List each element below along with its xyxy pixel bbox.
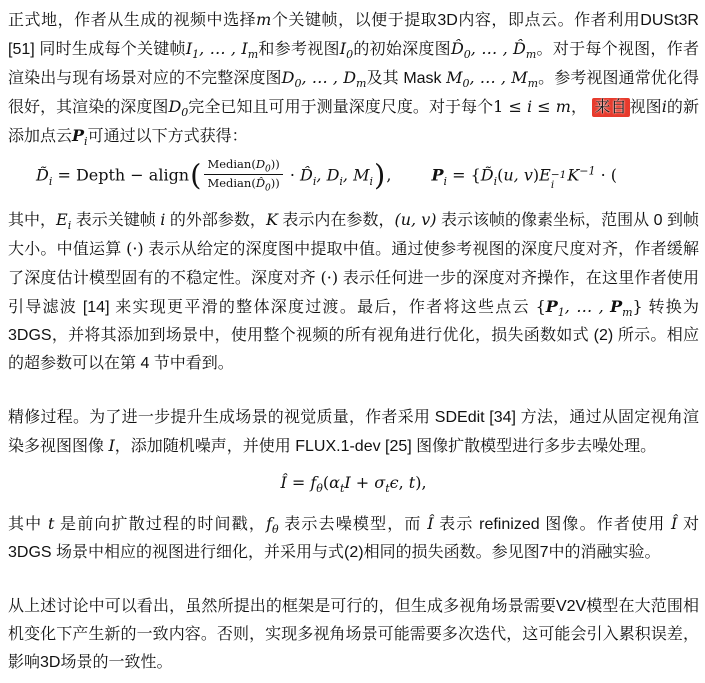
big-paren: ) — [374, 159, 385, 192]
math-script-letter: P — [431, 166, 443, 185]
paragraph: 其中，Ei 表示关键帧 i 的外部参数，K 表示内在参数，(u, v) 表示该帧… — [8, 206, 699, 378]
math-subscript: m — [528, 77, 538, 90]
math-italic: (u, v) — [394, 210, 436, 229]
math-italic: , D — [316, 166, 339, 185]
math-subscript: m — [356, 77, 366, 90]
text-run: 正式地，作者从生成的视频中选择 — [8, 12, 256, 29]
math-roman: ), — [415, 473, 426, 492]
math-roman: · ( — [595, 166, 617, 185]
math-roman: (·) — [126, 239, 144, 258]
math-roman: Median( — [207, 159, 255, 171]
text-run: 表示去噪模型，而 — [279, 516, 428, 533]
math-italic: E — [56, 210, 68, 229]
text-run: 的外部参数， — [165, 212, 266, 229]
text-run: 表示内在参数， — [278, 212, 395, 229]
math-italic: α — [329, 473, 340, 492]
math-italic: , … , — [565, 297, 610, 316]
text-run: 视图 — [630, 99, 662, 116]
text-run: 的初始深度图 — [353, 41, 451, 58]
math-subscript: i — [369, 175, 373, 188]
math-roman: , — [386, 166, 391, 185]
math-roman: )) — [271, 176, 280, 190]
math-italic: M — [446, 68, 462, 87]
text-run: 表示关键帧 — [71, 212, 160, 229]
document-page: 正式地，作者从生成的视频中选择m个关键帧，以便于提取3D内容，即点云。作者利用D… — [0, 0, 705, 677]
math-fraction: Median(D0))Median(D̂0)) — [204, 159, 282, 192]
math-subscript: m — [526, 48, 536, 61]
math-roman: · — [285, 166, 300, 185]
math-italic: D̂ — [256, 176, 265, 190]
math-italic: , … , D̂ — [471, 39, 526, 58]
math-italic: D — [256, 159, 265, 171]
math-roman: Median( — [207, 176, 255, 190]
math-italic: K — [266, 210, 278, 229]
math-subscript: 0 — [464, 48, 471, 61]
text-run: 和参考视图 — [258, 41, 340, 58]
math-roman: = { — [447, 166, 481, 185]
math-italic: D — [282, 68, 295, 87]
text-run: ，添加随机噪声，并使用 FLUX.1-dev [25] 图像扩散模型进行多步去噪… — [115, 438, 656, 455]
paragraph: 精修过程。为了进一步提升生成场景的视觉质量，作者采用 SDEdit [34] 方… — [8, 404, 699, 461]
math-italic: D — [168, 97, 181, 116]
math-superscript: −1 — [579, 164, 595, 177]
math-italic: E — [539, 166, 551, 185]
math-script-letter: P — [546, 297, 558, 316]
big-paren: ( — [190, 159, 201, 192]
math-roman: { — [536, 297, 546, 316]
text-run: 是前向扩散过程的时间戳， — [54, 516, 266, 533]
math-roman: , — [399, 473, 409, 492]
math-subscript: θ — [316, 482, 323, 495]
text-run: 其中 — [8, 516, 48, 533]
math-italic: ϵ — [390, 473, 399, 492]
math-italic: , M — [343, 166, 370, 185]
math-subscript: 1 — [558, 306, 565, 319]
math-roman: = Depth − align — [52, 166, 189, 185]
math-subscript: m — [248, 48, 258, 61]
math-italic: D̂ — [300, 166, 313, 185]
text-run: 完全已知且可用于测量深度尺度。对于每个 — [188, 99, 493, 116]
math-script-letter: P — [72, 126, 84, 145]
text-run: 从上述讨论中可以看出，虽然所提出的框架是可行的，但生成多视角场景需要V2V模型在… — [8, 598, 699, 671]
paragraph: 从上述讨论中可以看出，虽然所提出的框架是可行的，但生成多视角场景需要V2V模型在… — [8, 593, 699, 677]
math-roman: (·) — [321, 268, 339, 287]
paragraph: 其中 t 是前向扩散过程的时间戳，fθ 表示去噪模型，而 Î 表示 refini… — [8, 510, 699, 567]
text-run: 及其 Mask — [366, 70, 446, 87]
equation: Î = fθ(αtI + σtϵ, t), — [8, 469, 699, 498]
math-roman: 1 ≤ — [493, 97, 527, 116]
math-roman: } — [633, 297, 643, 316]
text-run: 表示 refinized 图像。作者使用 — [434, 516, 671, 533]
highlighted-term: 来自 — [592, 98, 630, 117]
math-italic: K — [567, 166, 579, 185]
text-run: ， — [571, 99, 592, 116]
math-italic: m — [556, 97, 571, 116]
math-roman: + — [351, 473, 375, 492]
math-italic: , … , M — [469, 68, 527, 87]
math-italic: D̃ — [36, 166, 49, 185]
text-run: 其中， — [8, 212, 56, 229]
math-subscript: m — [622, 306, 632, 319]
math-italic: , … , D — [301, 68, 356, 87]
math-script-letter: P — [610, 297, 622, 316]
math-italic: D̃ — [481, 166, 494, 185]
math-roman: ≤ — [532, 97, 556, 116]
math-italic: , … , I — [199, 39, 248, 58]
math-italic: m — [256, 10, 271, 29]
equation: D̃i = Depth − align(Median(D0))Median(D̂… — [8, 159, 699, 194]
math-subscript: θ — [272, 523, 279, 536]
math-subsup: −1i — [551, 170, 566, 190]
text-run: 可通过以下方式获得： — [88, 128, 248, 145]
math-roman: = — [287, 473, 311, 492]
math-roman: )) — [271, 159, 280, 171]
math-italic: D̂ — [451, 39, 464, 58]
math-italic: σ — [374, 473, 385, 492]
paragraph: 正式地，作者从生成的视频中选择m个关键帧，以便于提取3D内容，即点云。作者利用D… — [8, 6, 699, 151]
math-italic: u, v — [503, 166, 533, 185]
